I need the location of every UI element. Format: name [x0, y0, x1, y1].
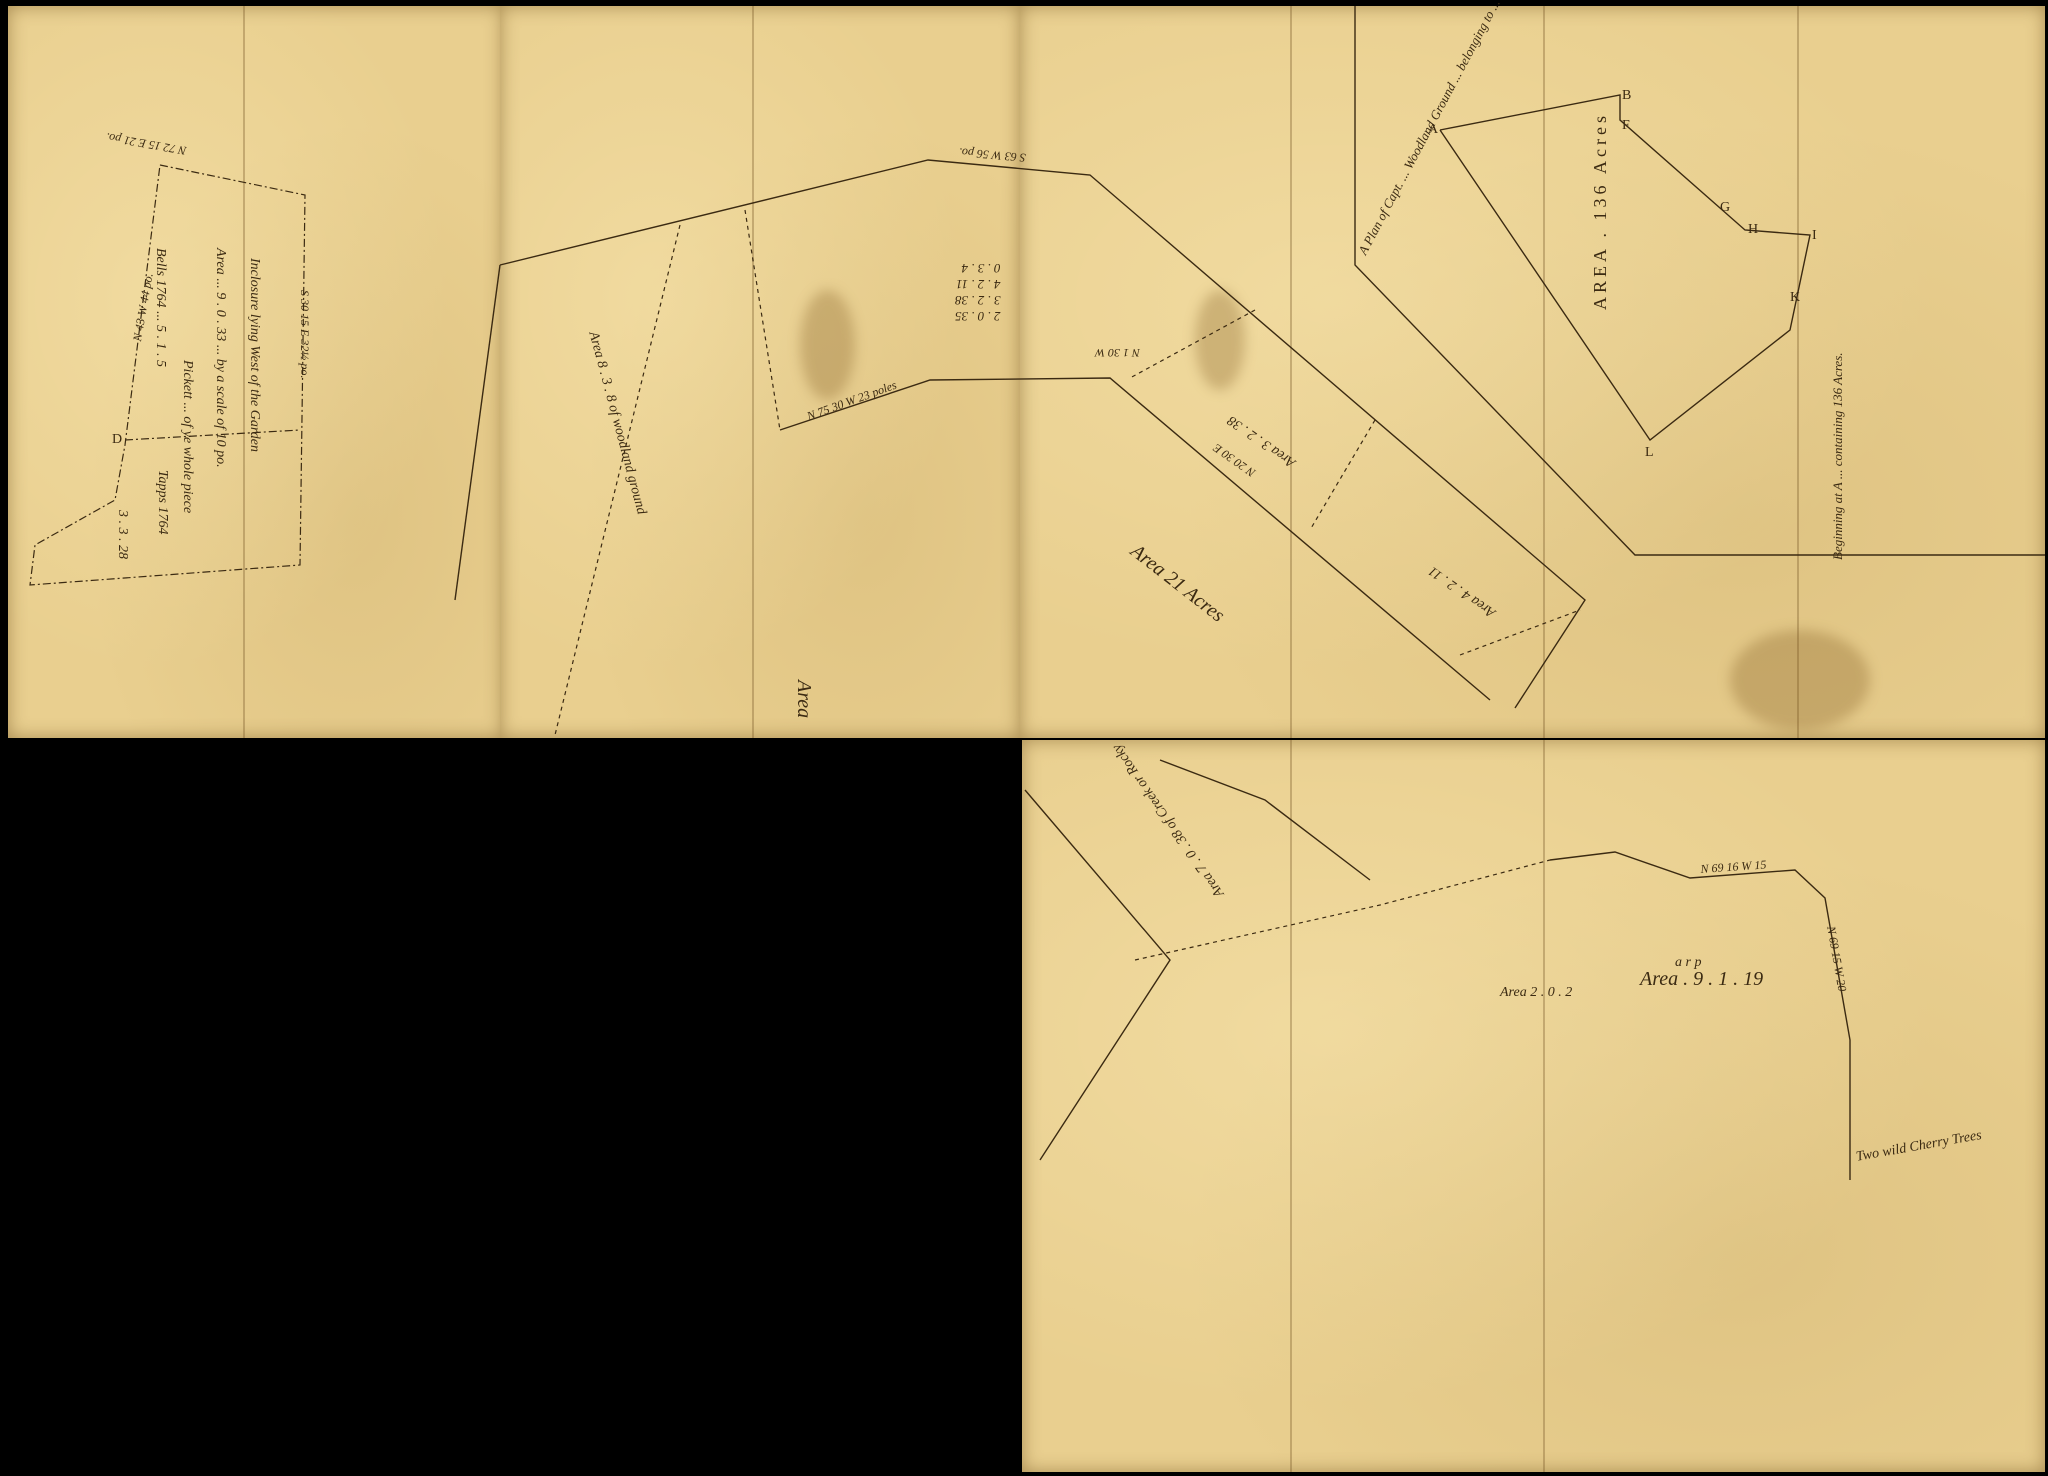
corner-letter-d: D [112, 432, 122, 448]
label-description: Beginning at A ... containing 136 Acres. [1830, 352, 1846, 560]
corner-letter-l: L [1645, 445, 1654, 461]
label-bells-1764: Bells 1764 ... 5 . 1 . 5 [152, 248, 168, 367]
sum-row: 4 . 2 . 11 [955, 276, 1001, 292]
survey-lines [0, 0, 2048, 1476]
corner-letter-g: G [1720, 200, 1730, 216]
label-inclosure: Inclosure lying West of the Garden [246, 258, 262, 452]
label-inclosure-area: Area ... 9 . 0 . 33 ... by a scale of 10… [212, 248, 228, 468]
label-area-lower: Area [792, 680, 815, 718]
bearing-label: N 1 30 W [1095, 345, 1140, 360]
label-tapps-1764: Tapps 1764 [154, 470, 170, 534]
corner-letter-h: H [1748, 222, 1758, 238]
corner-letter-k: K [1790, 290, 1800, 306]
corner-letter-a: A [1428, 122, 1438, 138]
area-sum-table: 2 . 0 . 35 3 . 2 . 38 4 . 2 . 11 0 . 3 .… [955, 260, 1001, 324]
corner-letter-f: F [1622, 118, 1630, 134]
label-area-9-1-19: Area . 9 . 1 . 19 [1640, 968, 1763, 991]
corner-letter-i: I [1812, 228, 1817, 244]
sum-row: 2 . 0 . 35 [955, 308, 1001, 324]
bearing-label: S 30 15 E 32½ po. [297, 290, 312, 378]
label-area-2-0-2: Area 2 . 0 . 2 [1500, 985, 1572, 1001]
label-tapps-area: 3 . 3 . 28 [114, 510, 130, 559]
sum-row: 3 . 2 . 38 [955, 292, 1001, 308]
sum-row: 0 . 3 . 4 [955, 260, 1001, 276]
label-whole-piece: Pickett ... of ye whole piece [179, 360, 195, 513]
label-main-area: AREA . 136 Acres [1590, 112, 1611, 310]
corner-letter-b: B [1622, 88, 1631, 104]
